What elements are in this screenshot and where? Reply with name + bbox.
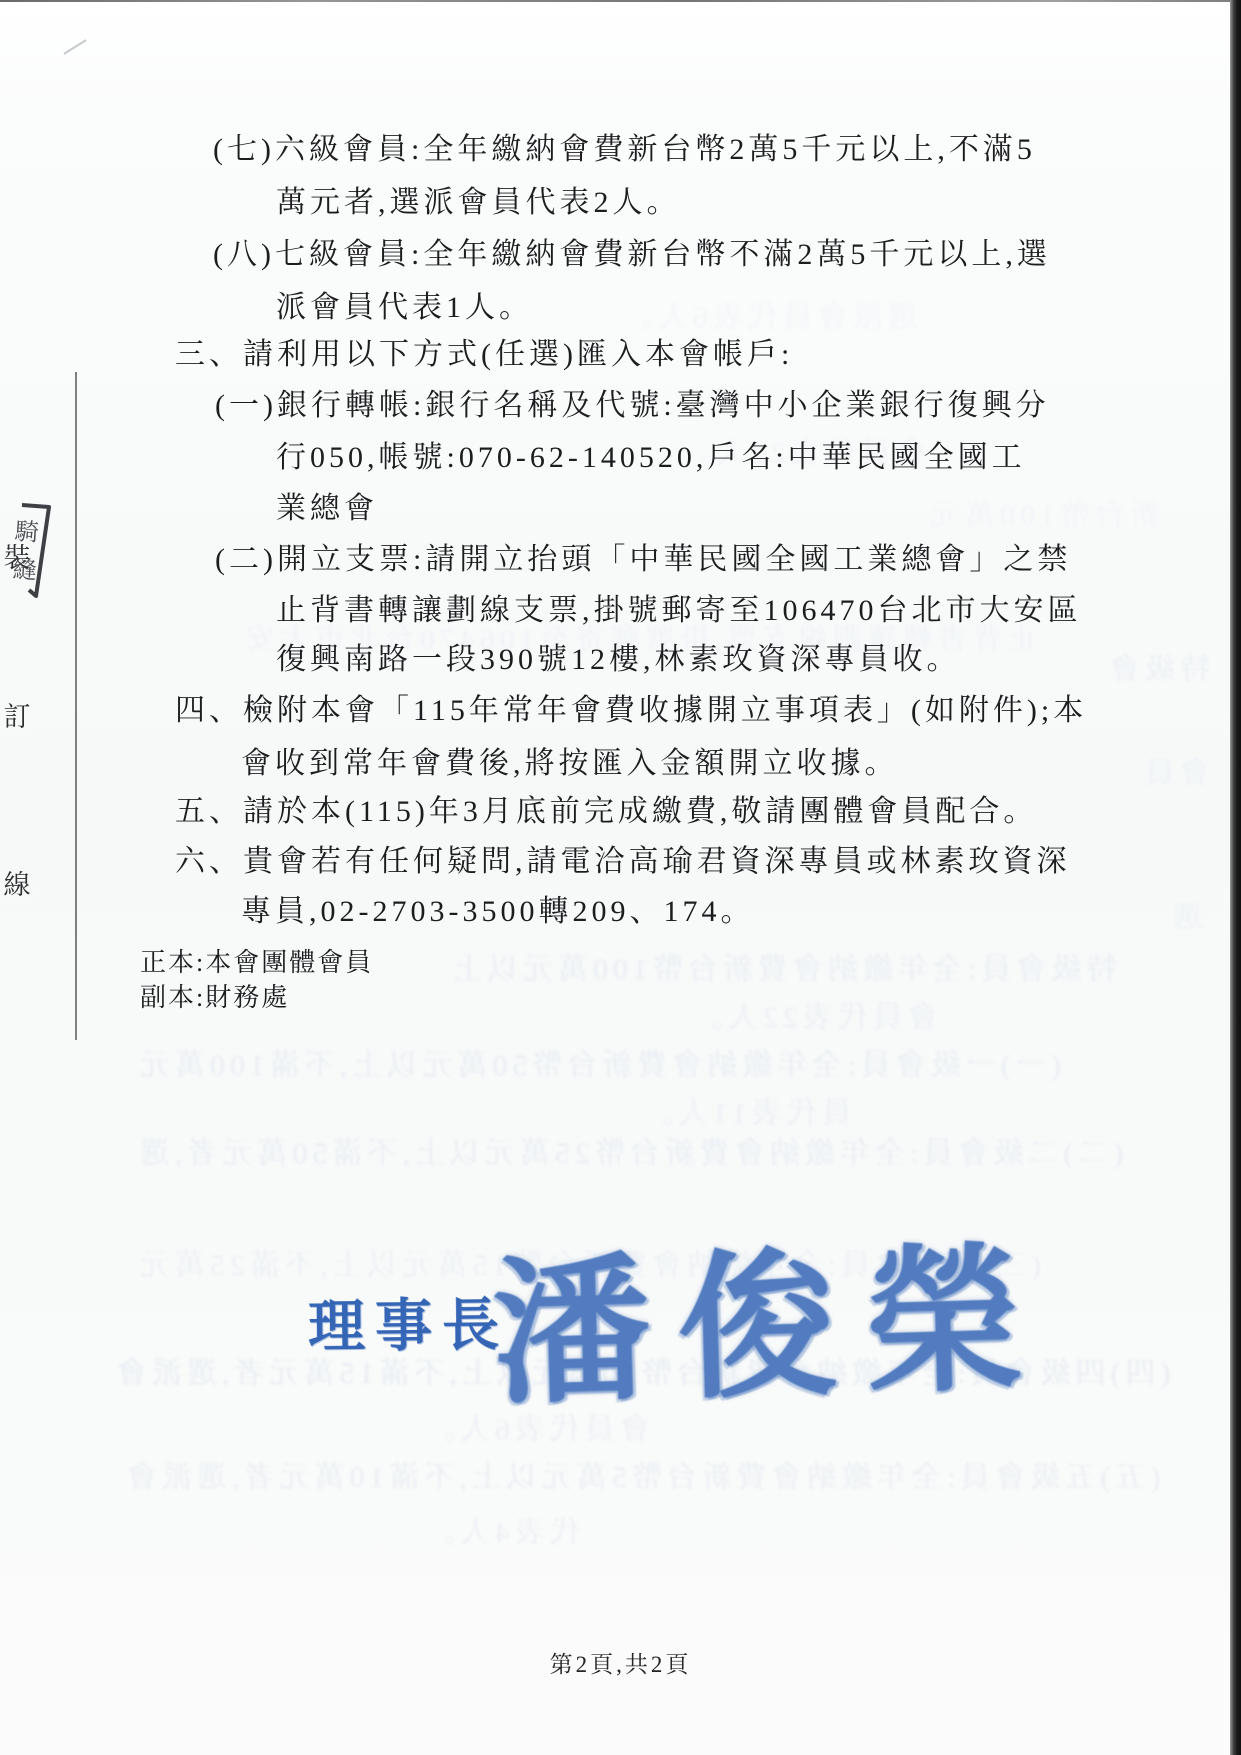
bleedthrough-line: 會員代表22人。 bbox=[688, 1000, 938, 1036]
doc-text-line: 正本:本會團體會員 bbox=[140, 947, 373, 978]
stamp-title: 理事長 bbox=[308, 1279, 510, 1363]
doc-text-line: 萬元者,選派會員代表2人。 bbox=[276, 185, 681, 221]
doc-text-line: 五、請於本(115)年3月底前完成繳費,敬請團體會員配合。 bbox=[175, 794, 1037, 830]
doc-text-line: 專員,02-2703-3500轉209、174。 bbox=[241, 894, 754, 930]
scanned-letter-page-2: 選派會員代表6人。會員代表22人。新台幣100萬元止背書轉讓劃線支票,掛號郵寄至… bbox=[0, 0, 1241, 1755]
scan-scratch-artifact bbox=[63, 39, 86, 54]
binding-line bbox=[75, 372, 77, 1040]
doc-text-line: 派會員代表1人。 bbox=[276, 290, 533, 326]
doc-text-line: (八)七級會員:全年繳納會費新台幣不滿2萬5千元以上,選 bbox=[213, 237, 1051, 273]
handwritten-char: 縫 bbox=[12, 549, 38, 586]
handwritten-char: 騎 bbox=[14, 511, 40, 548]
stamp-signature: 潘俊榮 bbox=[489, 1192, 1053, 1434]
binding-label: 訂 bbox=[0, 702, 34, 733]
doc-text-line: 業總會 bbox=[276, 491, 378, 527]
doc-text-line: (二)開立支票:請開立抬頭「中華民國全國工業總會」之禁 bbox=[215, 542, 1071, 578]
doc-text-line: 六、貴會若有任何疑問,請電洽高瑜君資深專員或林素玫資深 bbox=[175, 844, 1071, 880]
doc-text-line: 會收到常年會費後,將按匯入金額開立收據。 bbox=[241, 746, 899, 782]
doc-text-line: 四、檢附本會「115年常年會費收據開立事項表」(如附件);本 bbox=[175, 693, 1087, 729]
doc-text-line: (七)六級會員:全年繳納會費新台幣2萬5千元以上,不滿5 bbox=[213, 132, 1036, 168]
scan-right-edge-artifact bbox=[1230, 0, 1241, 1755]
bleedthrough-line: (五)五級會員:全年繳納會費新台幣5萬元以上,不滿10萬元者,選派會 bbox=[122, 1460, 1160, 1496]
doc-text-line: (一)銀行轉帳:銀行名稱及代號:臺灣中小企業銀行復興分 bbox=[215, 388, 1050, 424]
doc-text-line: 止背書轉讓劃線支票,掛號郵寄至106470台北市大安區 bbox=[276, 593, 1082, 629]
doc-text-line: 行050,帳號:070-62-140520,戶名:中華民國全國工 bbox=[276, 440, 1026, 476]
doc-text-line: 復興南路一段390號12樓,林素玫資深專員收。 bbox=[276, 642, 961, 678]
binding-label: 線 bbox=[0, 870, 34, 901]
bleedthrough-line: 特級會 bbox=[1105, 652, 1210, 688]
scan-top-edge-artifact bbox=[0, 0, 1241, 2]
bleedthrough-line: 會員 bbox=[1140, 756, 1210, 792]
doc-text-line: 副本:財務處 bbox=[140, 982, 289, 1013]
bleedthrough-line: 新台幣100萬元 bbox=[925, 498, 1160, 534]
bleedthrough-line: 選派會員代表6人。 bbox=[618, 300, 918, 336]
bleedthrough-line: (一)一級會員:全年繳納會費新台幣50萬元以上,不滿100萬元 bbox=[135, 1048, 1061, 1084]
bleedthrough-line: 選 bbox=[1168, 900, 1203, 936]
doc-text-line: 三、請利用以下方式(任選)匯入本會帳戶: bbox=[175, 337, 793, 373]
bleedthrough-line: 代表4人。 bbox=[420, 1515, 580, 1551]
bleedthrough-line: 特級會員:全年繳納會費新台幣100萬元以上 bbox=[448, 952, 1116, 988]
bleedthrough-line: (二)二級會員:全年繳納會費新台幣25萬元以上,不滿50萬元者,選 bbox=[135, 1136, 1123, 1172]
page-number: 第2頁,共2頁 bbox=[550, 1646, 692, 1679]
bleedthrough-line: 員代表11人。 bbox=[638, 1096, 852, 1132]
